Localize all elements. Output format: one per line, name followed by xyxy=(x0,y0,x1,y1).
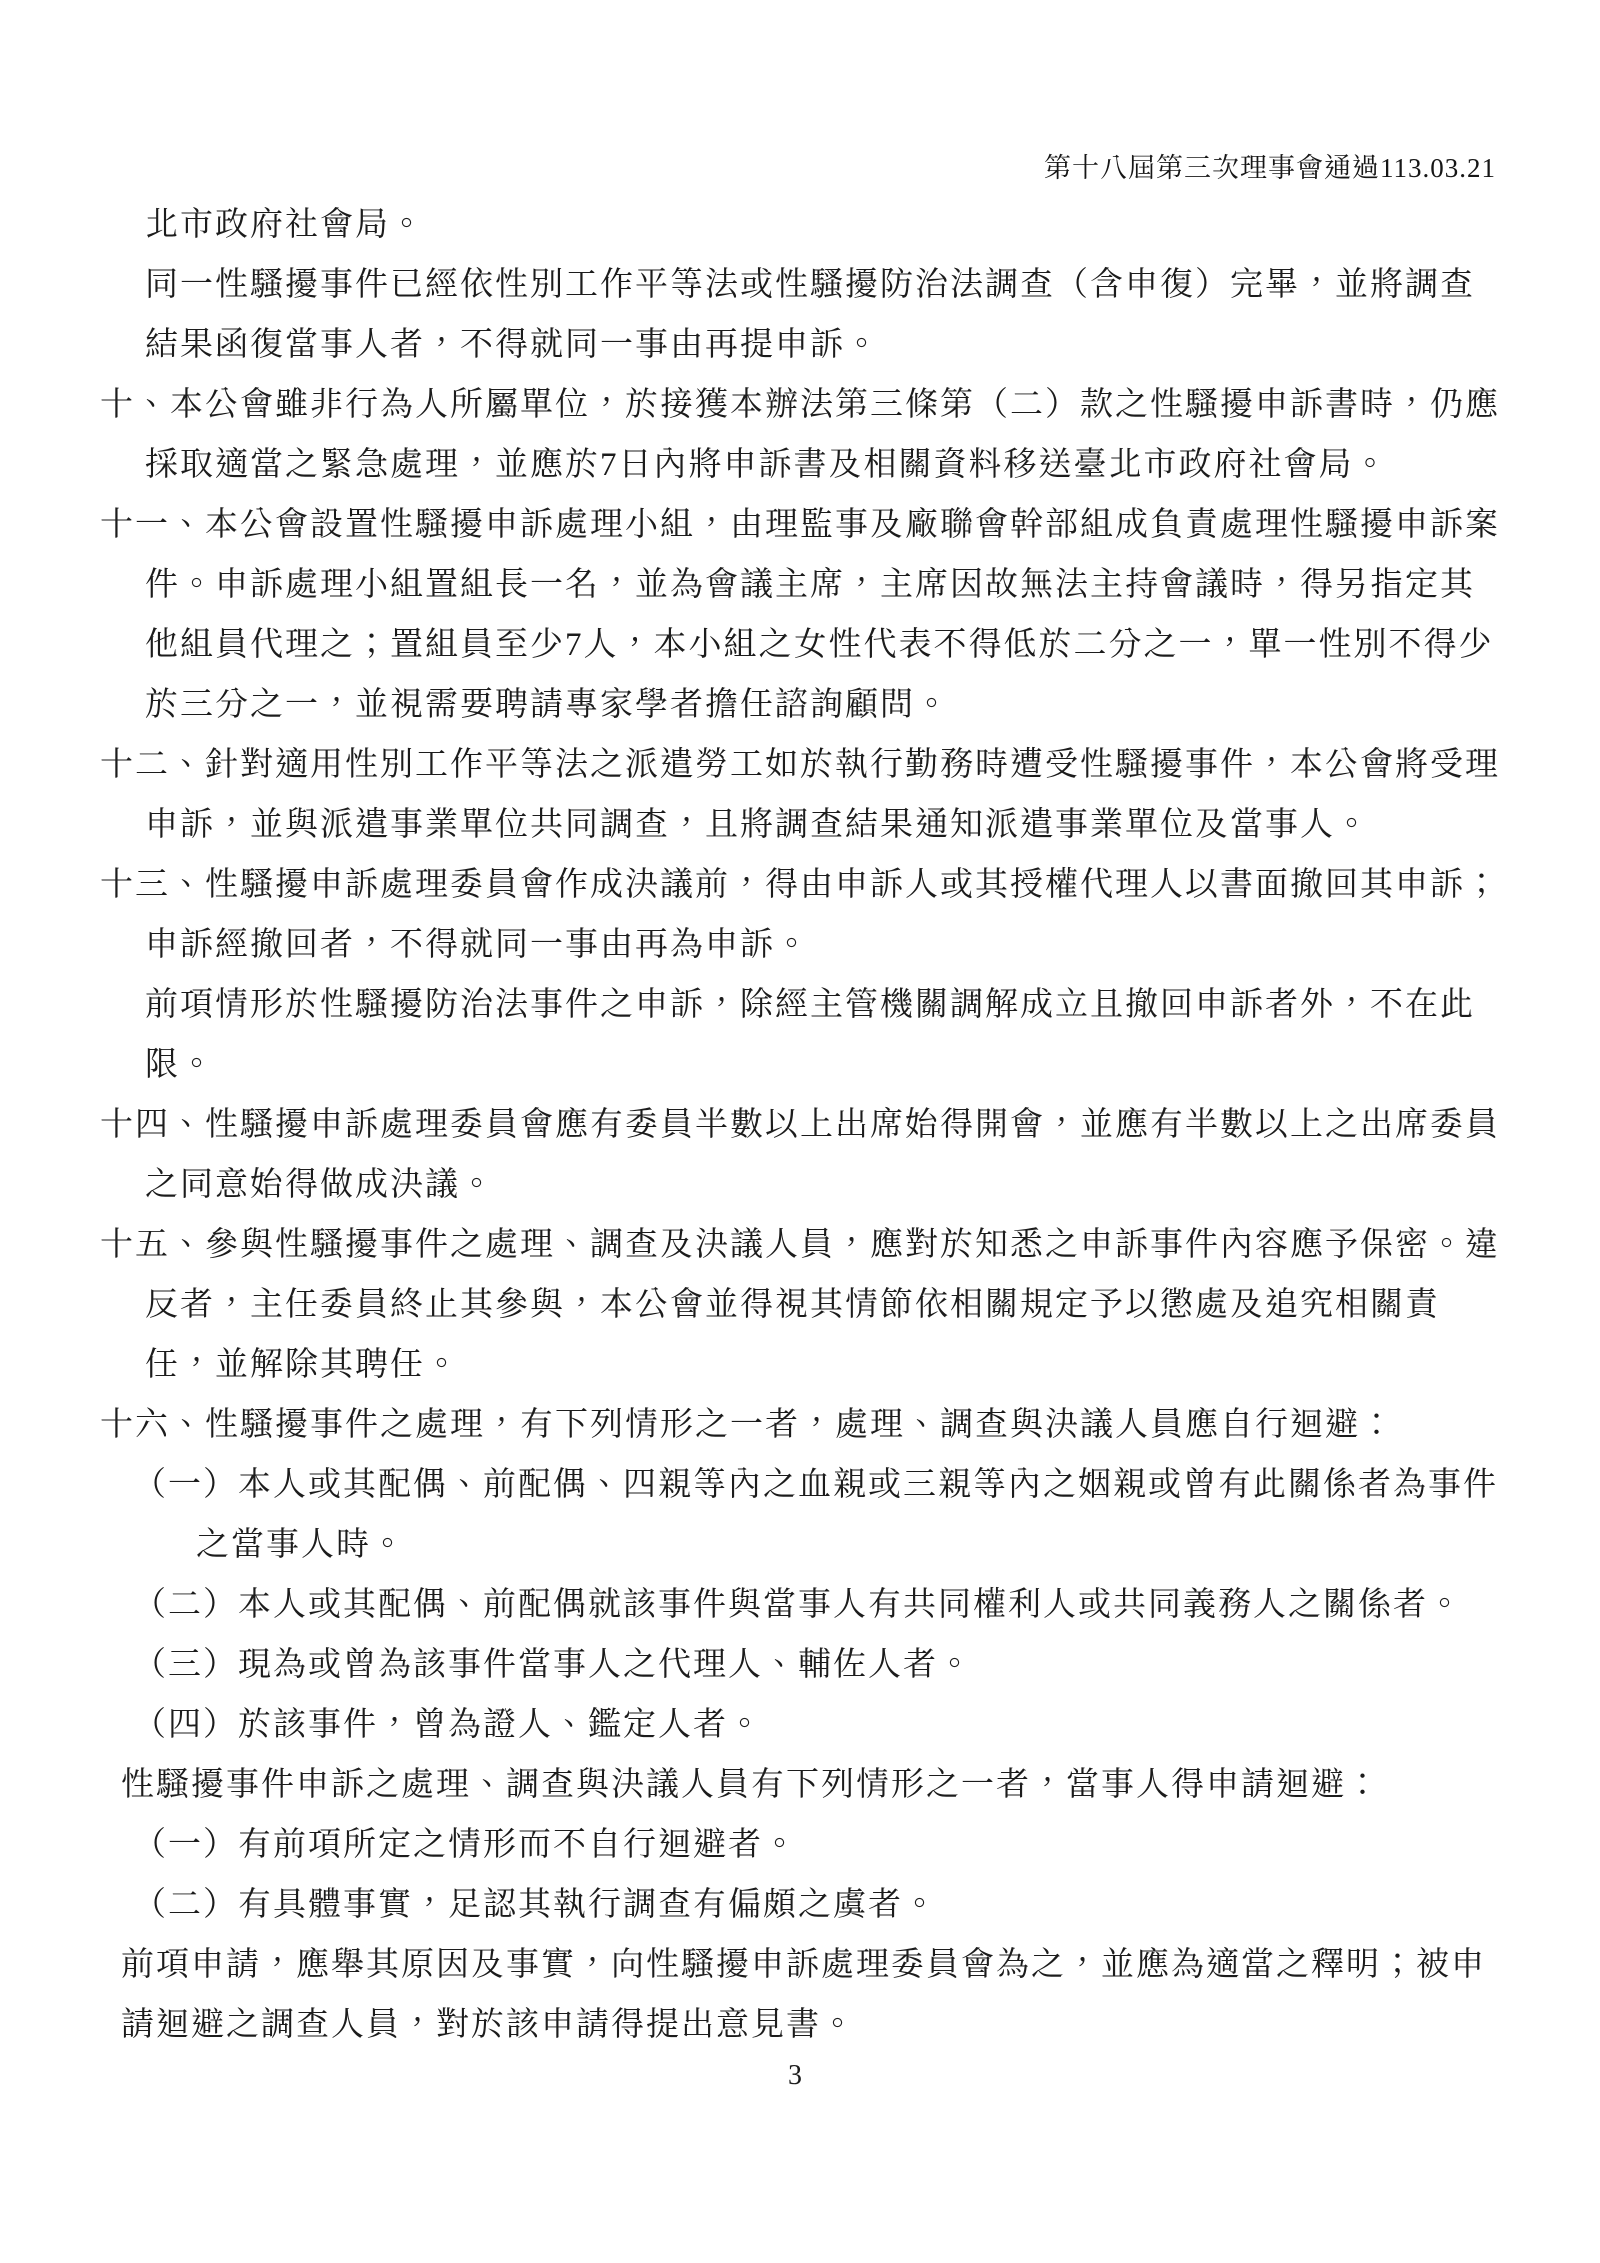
text-line: 前項情形於性騷擾防治法事件之申訴，除經主管機關調解成立且撤回申訴者外，不在此 xyxy=(0,975,1600,1035)
text-line: 限。 xyxy=(0,1035,1600,1095)
text-line: 之當事人時。 xyxy=(0,1515,1600,1575)
approval-note: 第十八屆第三次理事會通過113.03.21 xyxy=(0,146,1496,185)
text-line: 反者，主任委員終止其參與，本公會並得視其情節依相關規定予以懲處及追究相關責 xyxy=(0,1275,1600,1335)
text-line: 申訴經撤回者，不得就同一事由再為申訴。 xyxy=(0,915,1600,975)
document-page: 第十八屆第三次理事會通過113.03.21 北市政府社會局。同一性騷擾事件已經依… xyxy=(0,0,1600,2263)
text-line: 結果函復當事人者，不得就同一事由再提申訴。 xyxy=(0,315,1600,375)
text-line: 申訴，並與派遣事業單位共同調查，且將調查結果通知派遣事業單位及當事人。 xyxy=(0,795,1600,855)
text-line: （四）於該事件，曾為證人、鑑定人者。 xyxy=(0,1695,1600,1755)
text-line: 北市政府社會局。 xyxy=(0,195,1600,255)
text-line: 前項申請，應舉其原因及事實，向性騷擾申訴處理委員會為之，並應為適當之釋明；被申 xyxy=(0,1935,1600,1995)
text-line: 十二、針對適用性別工作平等法之派遣勞工如於執行勤務時遭受性騷擾事件，本公會將受理 xyxy=(0,735,1600,795)
text-line: 請迴避之調查人員，對於該申請得提出意見書。 xyxy=(0,1995,1600,2055)
text-line: （三）現為或曾為該事件當事人之代理人、輔佐人者。 xyxy=(0,1635,1600,1695)
text-line: 於三分之一，並視需要聘請專家學者擔任諮詢顧問。 xyxy=(0,675,1600,735)
text-line: 同一性騷擾事件已經依性別工作平等法或性騷擾防治法調查（含申復）完畢，並將調查 xyxy=(0,255,1600,315)
text-line: 十四、性騷擾申訴處理委員會應有委員半數以上出席始得開會，並應有半數以上之出席委員 xyxy=(0,1095,1600,1155)
text-line: 件。申訴處理小組置組長一名，並為會議主席，主席因故無法主持會議時，得另指定其 xyxy=(0,555,1600,615)
text-line: （二）本人或其配偶、前配偶就該事件與當事人有共同權利人或共同義務人之關係者。 xyxy=(0,1575,1600,1635)
text-line: 性騷擾事件申訴之處理、調查與決議人員有下列情形之一者，當事人得申請迴避： xyxy=(0,1755,1600,1815)
text-line: 之同意始得做成決議。 xyxy=(0,1155,1600,1215)
text-line: 十五、參與性騷擾事件之處理、調查及決議人員，應對於知悉之申訴事件內容應予保密。違 xyxy=(0,1215,1600,1275)
page-number: 3 xyxy=(0,2060,1590,2092)
text-line: （二）有具體事實，足認其執行調查有偏頗之虞者。 xyxy=(0,1875,1600,1935)
text-line: 他組員代理之；置組員至少7人，本小組之女性代表不得低於二分之一，單一性別不得少 xyxy=(0,615,1600,675)
text-line: 十六、性騷擾事件之處理，有下列情形之一者，處理、調查與決議人員應自行迴避： xyxy=(0,1395,1600,1455)
text-line: 任，並解除其聘任。 xyxy=(0,1335,1600,1395)
text-line: 採取適當之緊急處理，並應於7日內將申訴書及相關資料移送臺北市政府社會局。 xyxy=(0,435,1600,495)
text-line: 十一、本公會設置性騷擾申訴處理小組，由理監事及廠聯會幹部組成負責處理性騷擾申訴案 xyxy=(0,495,1600,555)
text-line: 十、本公會雖非行為人所屬單位，於接獲本辦法第三條第（二）款之性騷擾申訴書時，仍應 xyxy=(0,375,1600,435)
text-line: （一）本人或其配偶、前配偶、四親等內之血親或三親等內之姻親或曾有此關係者為事件 xyxy=(0,1455,1600,1515)
text-line: （一）有前項所定之情形而不自行迴避者。 xyxy=(0,1815,1600,1875)
text-line: 十三、性騷擾申訴處理委員會作成決議前，得由申訴人或其授權代理人以書面撤回其申訴； xyxy=(0,855,1600,915)
document-body: 北市政府社會局。同一性騷擾事件已經依性別工作平等法或性騷擾防治法調查（含申復）完… xyxy=(0,195,1600,2055)
